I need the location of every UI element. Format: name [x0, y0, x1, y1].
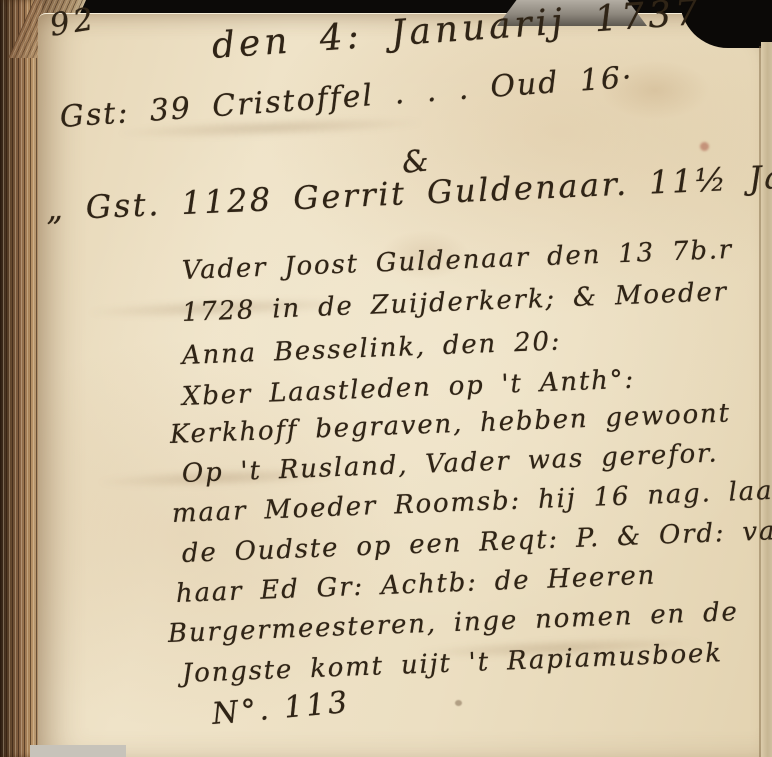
page-number: 92 — [47, 1, 100, 44]
page-edge-band — [761, 42, 772, 757]
manuscript-scan: 92 den 4: Januarij 1737 Gst: 39 Cristoff… — [0, 0, 772, 757]
book-binding-edge — [0, 0, 42, 757]
scan-table-patch — [30, 745, 126, 757]
